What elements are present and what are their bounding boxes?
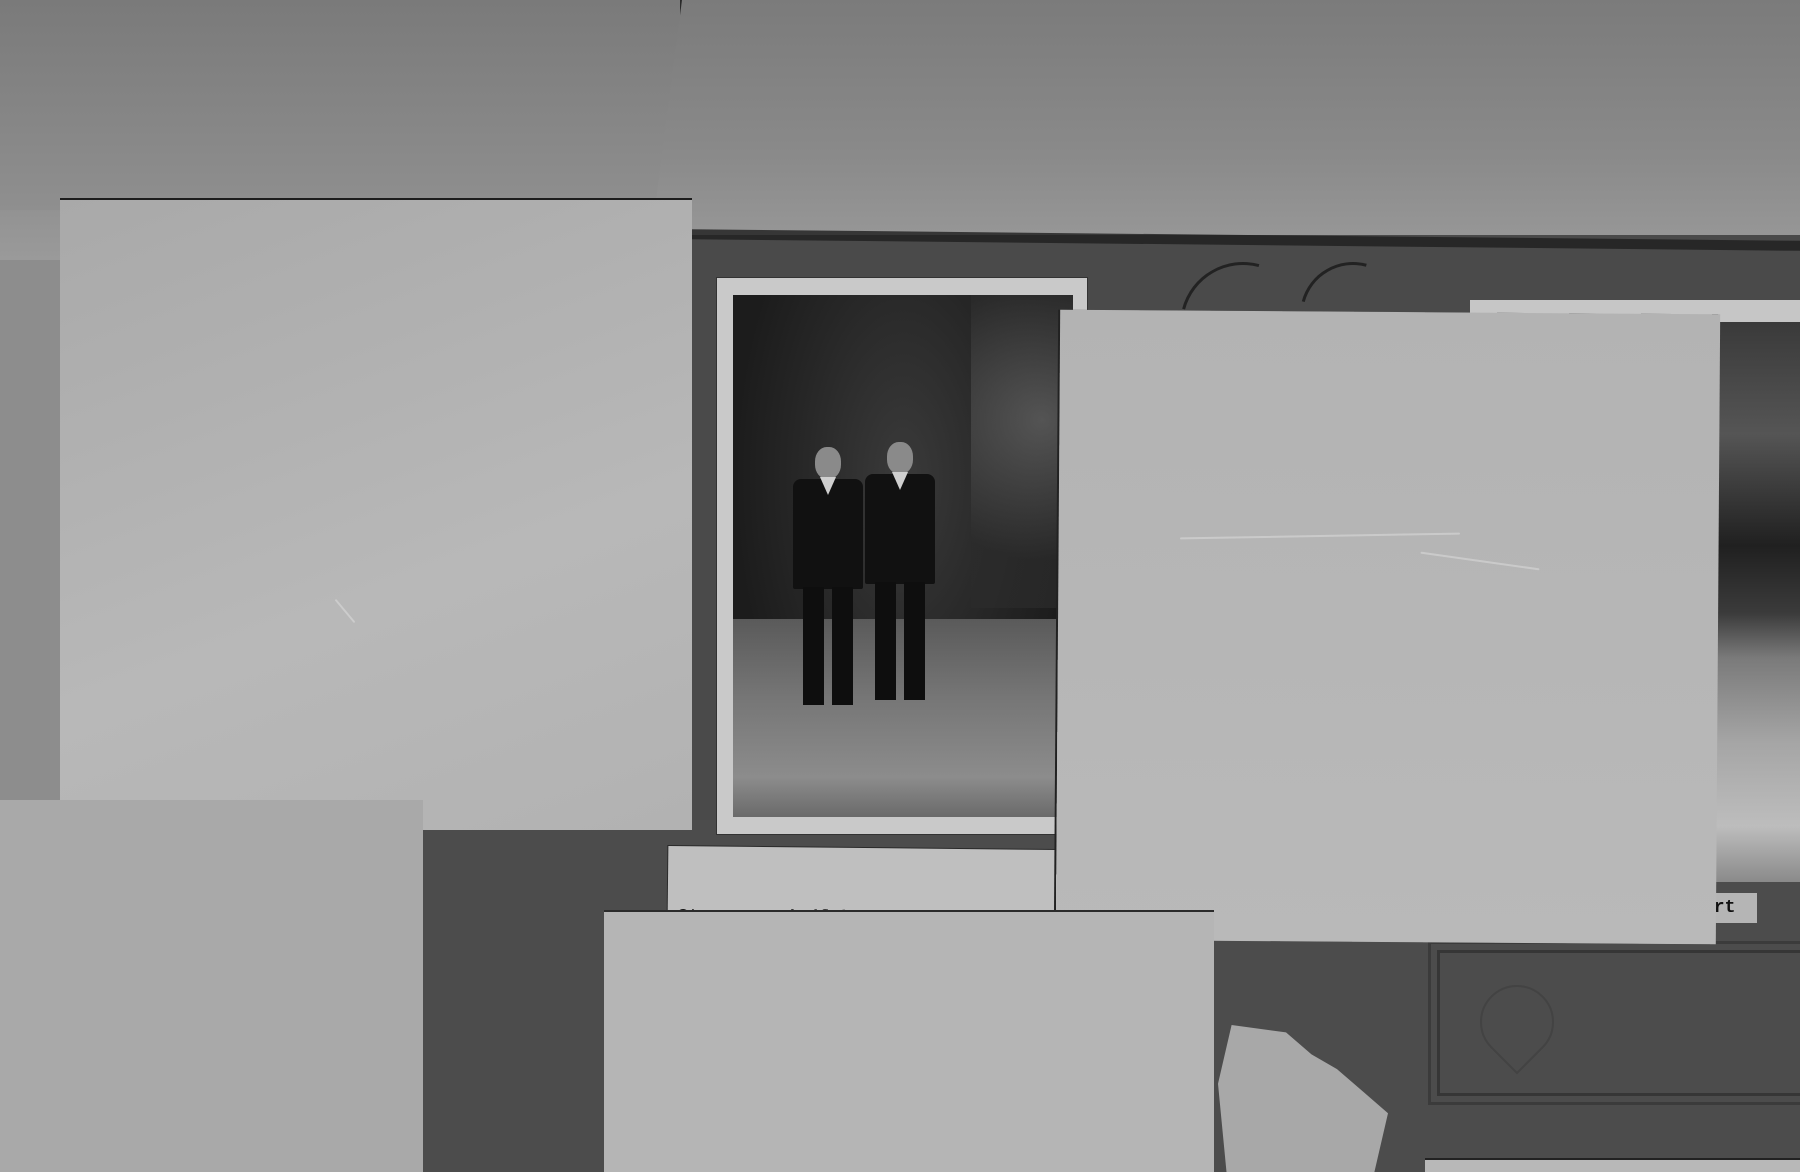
background-sheet-top-left bbox=[0, 0, 682, 210]
main-photo-mount bbox=[717, 278, 1087, 834]
cover-sheet-left bbox=[60, 200, 692, 830]
cover-sheet-bottom-left bbox=[0, 800, 423, 1172]
main-photo-caption: Steuermann(Sdf.)Hein Benz u. Ob.Fhr.Mori… bbox=[668, 846, 1059, 920]
bottom-right-photo-mount bbox=[1425, 1158, 1800, 1172]
person-left bbox=[793, 447, 863, 707]
person-uniform bbox=[865, 474, 935, 584]
person-uniform bbox=[793, 479, 863, 589]
person-boots bbox=[875, 582, 925, 700]
person-head bbox=[887, 442, 913, 474]
person-boots bbox=[803, 587, 853, 705]
main-photo bbox=[733, 295, 1073, 817]
person-head bbox=[815, 447, 841, 479]
person-right bbox=[865, 442, 935, 702]
cover-sheet-bottom-middle bbox=[604, 912, 1214, 1172]
cover-sheet-right bbox=[1056, 310, 1720, 945]
